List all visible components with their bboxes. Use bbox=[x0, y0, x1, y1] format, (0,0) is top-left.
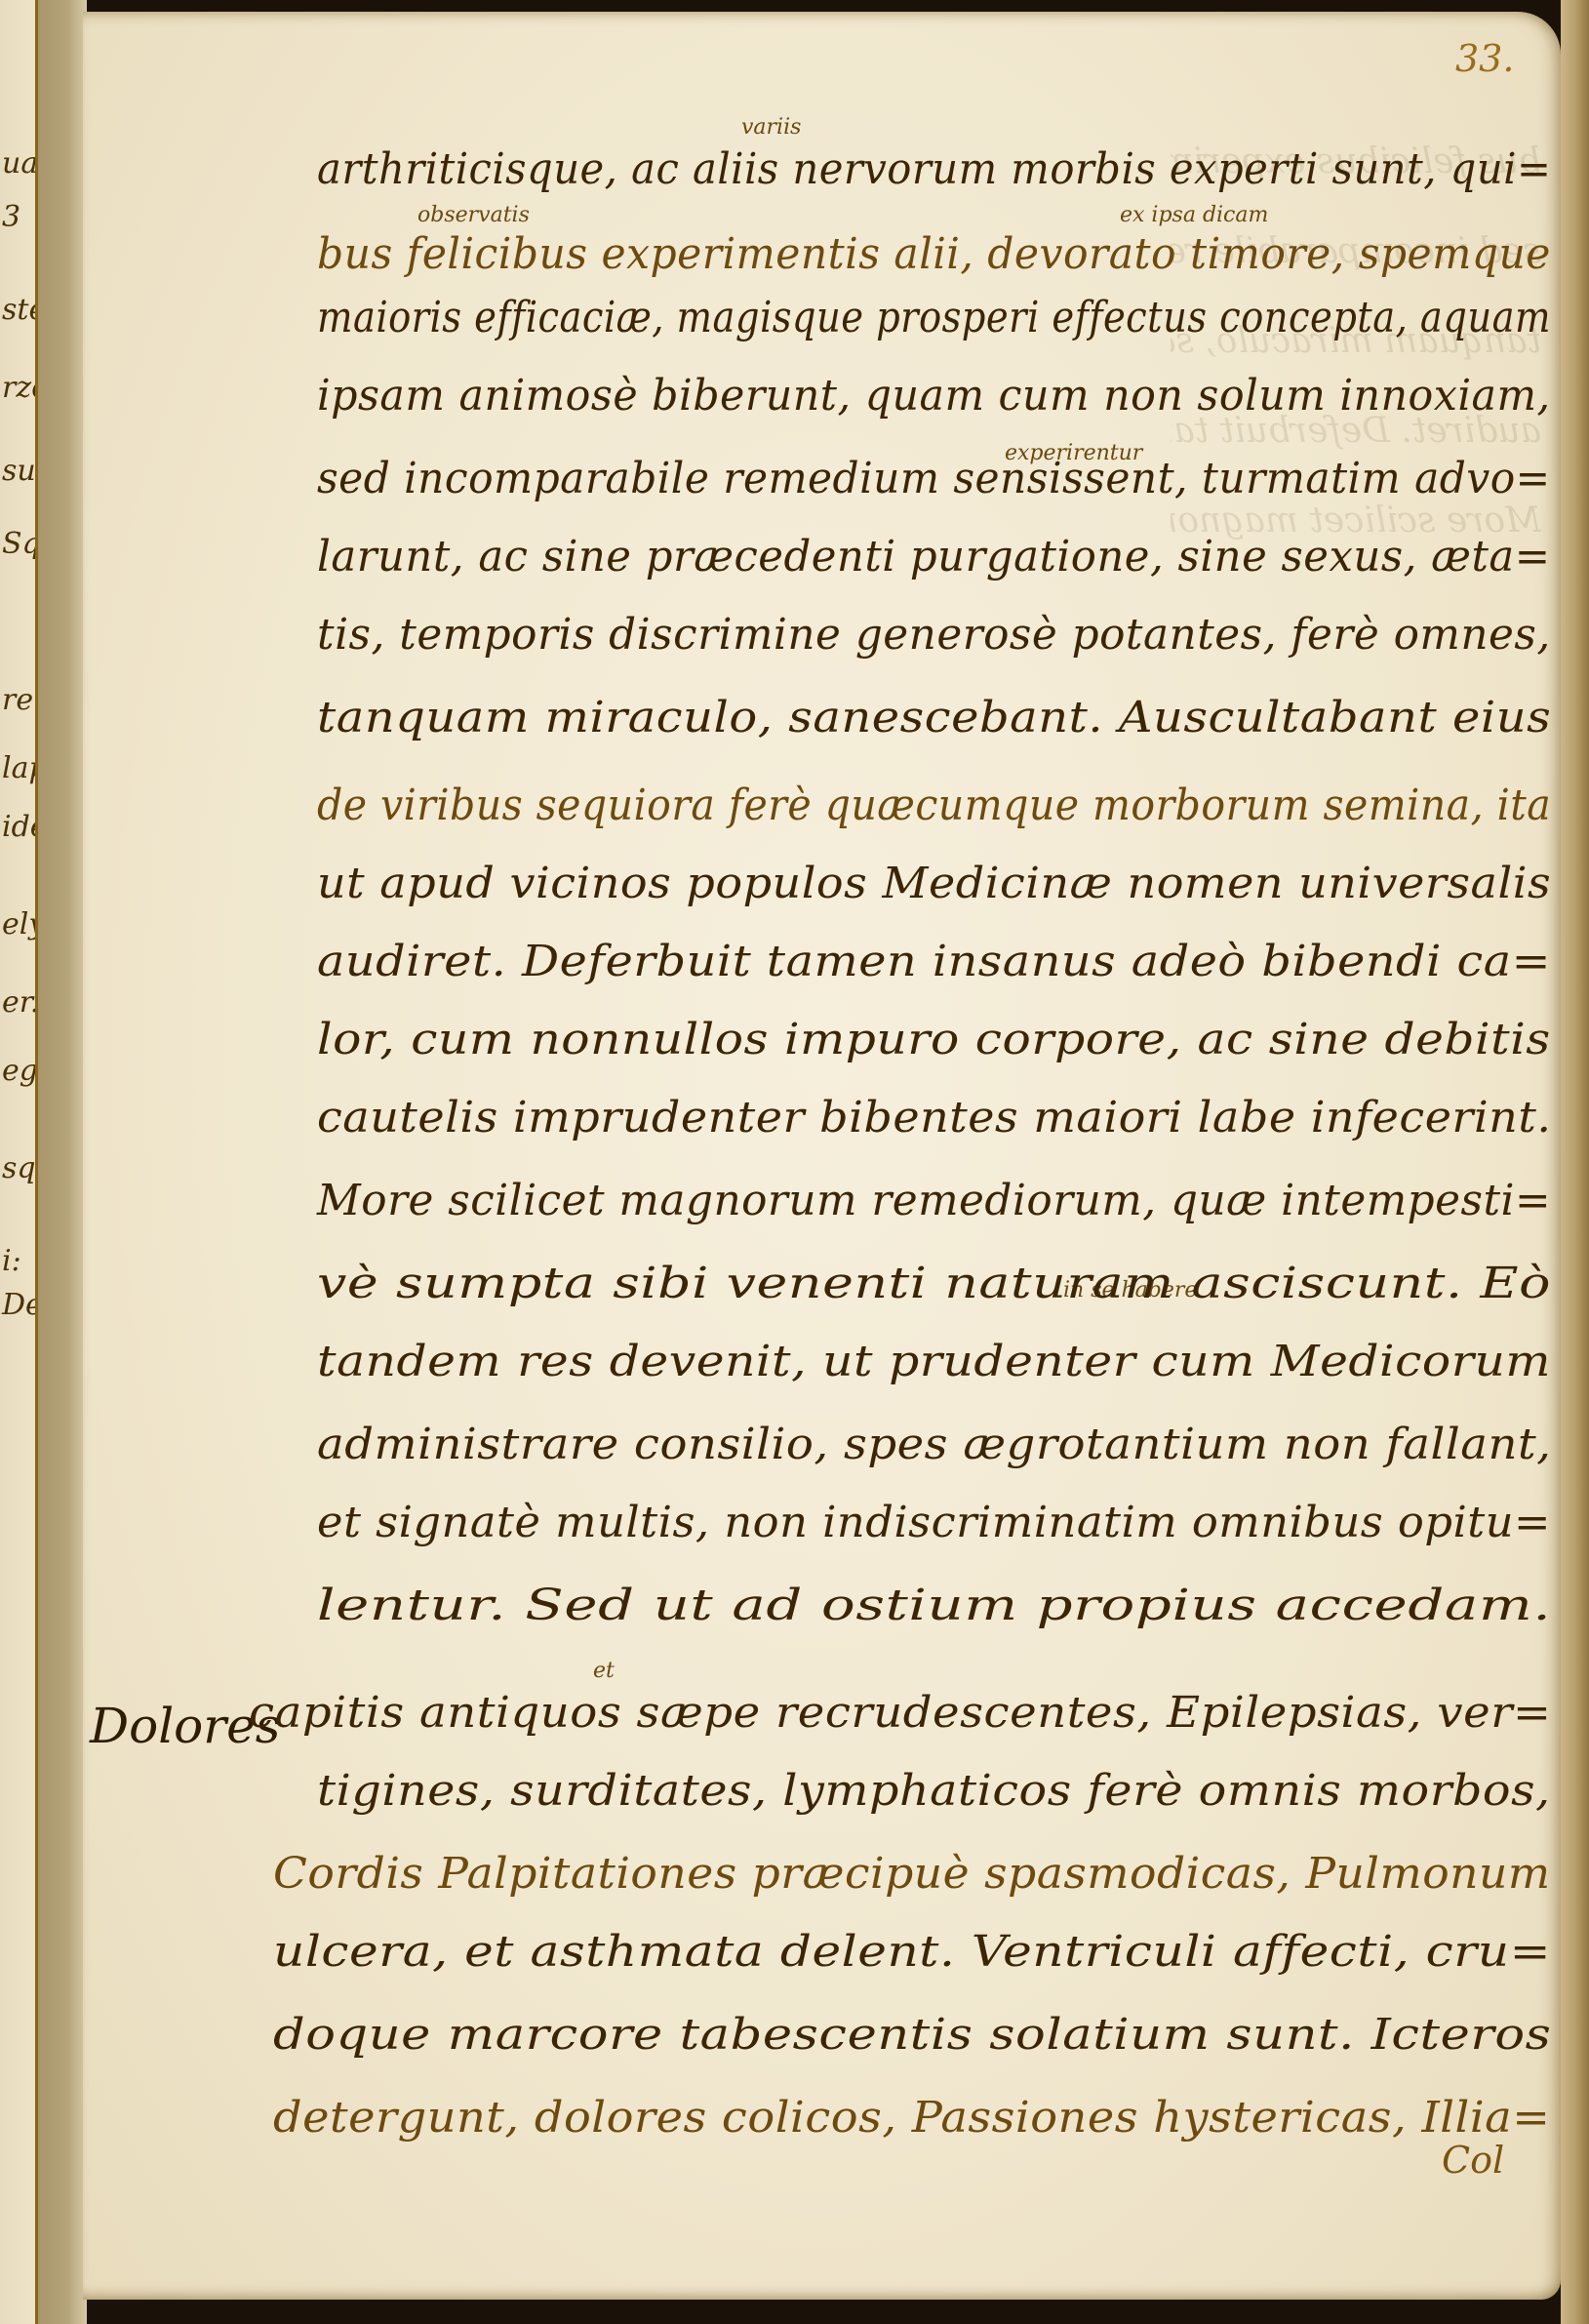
text-line: maioris efficaciæ, magisque prosperi eff… bbox=[317, 293, 1551, 342]
text-line: ipsam animosè biberunt, quam cum non sol… bbox=[317, 371, 1551, 421]
text-line: More scilicet magnorum remediorum, quæ i… bbox=[317, 1176, 1551, 1225]
facing-page-fragment: er. bbox=[2, 985, 39, 1020]
interlinear-gloss: ex ipsa dicam bbox=[1120, 203, 1268, 227]
text-line: capitis antiquos sæpe recrudescentes, Ep… bbox=[249, 1688, 1552, 1738]
text-line: ulcera, et asthmata delent. Ventriculi a… bbox=[273, 1927, 1551, 1977]
text-line: et signatè multis, non indiscriminatim o… bbox=[317, 1498, 1551, 1547]
text-line: cautelis imprudenter bibentes maiori lab… bbox=[317, 1093, 1551, 1142]
text-line: vè sumpta sibi venenti naturam asciscunt… bbox=[317, 1259, 1551, 1308]
text-line: detergunt, dolores colicos, Passiones hy… bbox=[273, 2093, 1551, 2143]
text-line: tandem res devenit, ut prudenter cum Med… bbox=[317, 1337, 1551, 1386]
text-line: tis, temporis discrimine generosè potant… bbox=[317, 610, 1551, 660]
page-edge-stack bbox=[1561, 0, 1589, 2324]
text-line: tigines, surditates, lymphaticos ferè om… bbox=[317, 1766, 1551, 1816]
text-line: ut apud vicinos populos Medicinæ nomen u… bbox=[317, 859, 1551, 908]
gutter-shadow bbox=[38, 0, 87, 2324]
text-line: sed incomparabile remedium sensissent, t… bbox=[317, 454, 1551, 503]
facing-page-fragment: ua bbox=[2, 146, 38, 180]
text-line: tanquam miraculo, sanescebant. Auscultab… bbox=[317, 693, 1551, 742]
interlinear-gloss: et bbox=[593, 1659, 615, 1683]
folio-number: 33. bbox=[1455, 37, 1514, 80]
text-line: Cordis Palpitationes præcipuè spasmodica… bbox=[273, 1849, 1551, 1899]
text-line: lor, cum nonnullos impuro corpore, ac si… bbox=[317, 1015, 1551, 1064]
text-line: audiret. Deferbuit tamen insanus adeò bi… bbox=[317, 937, 1551, 986]
text-line: administrare consilio, spes ægrotantium … bbox=[317, 1420, 1551, 1469]
text-line: de viribus sequiora ferè quæcumque morbo… bbox=[317, 781, 1551, 830]
catchword: Col bbox=[1442, 2139, 1504, 2182]
facing-page-fragment: 3 bbox=[2, 200, 20, 234]
text-line: larunt, ac sine præcedenti purgatione, s… bbox=[317, 532, 1551, 581]
interlinear-gloss: observatis bbox=[417, 203, 530, 227]
text-line: arthriticisque, ac aliis nervorum morbis… bbox=[317, 144, 1551, 194]
facing-page-fragment: i: bbox=[2, 1244, 21, 1278]
interlinear-gloss: variis bbox=[741, 115, 801, 140]
text-line: doque marcore tabescentis solatium sunt.… bbox=[273, 2010, 1551, 2060]
text-line: lentur. Sed ut ad ostium propius accedam… bbox=[317, 1581, 1551, 1630]
text-line: bus felicibus experimentis alii, devorat… bbox=[317, 229, 1551, 279]
